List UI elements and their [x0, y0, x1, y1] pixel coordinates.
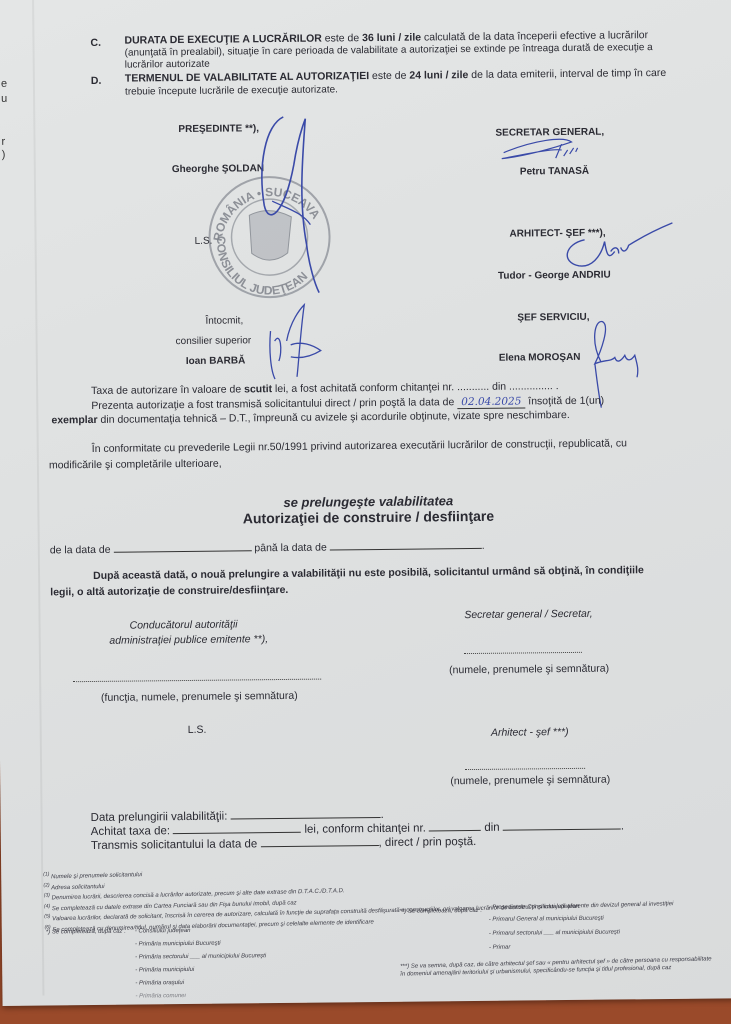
architect-signature-field[interactable] — [465, 762, 585, 770]
text: calculată de la data începerii efective … — [421, 29, 648, 43]
star2-label: **) Se completează, după caz : — [400, 908, 482, 916]
validity-value: 24 — [409, 70, 421, 82]
section-c-heading: DURATA DE EXECUŢIE A LUCRĂRILOR — [124, 33, 321, 47]
star1-item: - Primăria municipiului — [135, 967, 194, 975]
leader-title-line2: administraţiei publice emitente **), — [89, 633, 289, 647]
star1-item: - Primăria municipiului Bucureşti — [135, 941, 221, 949]
to-date-field[interactable] — [330, 538, 482, 551]
sent-label: Transmis solicitantului la data de — [91, 838, 258, 852]
text: lei, a fost achitată conform chitanţei n… — [272, 380, 559, 395]
prepared-label: Întocmit, — [205, 315, 243, 327]
extension-date-field[interactable] — [231, 807, 381, 820]
star1-label: *) Se completează, după caz : — [46, 929, 126, 937]
margin-fragment: ) — [2, 149, 6, 161]
margin-fragment: u — [1, 93, 7, 105]
text: însoţită de 1(un) — [525, 395, 604, 408]
to-label: până la data de — [254, 542, 327, 555]
service-name: Elena MOROŞAN — [499, 352, 581, 365]
text: este de — [369, 70, 409, 82]
text: din documentaţia tehnică – D.T., împreun… — [98, 409, 570, 426]
sent-date-field[interactable] — [260, 835, 378, 847]
text: de la data emiterii, interval de timp în… — [468, 67, 666, 81]
text: Taxa de autorizare în valoare de — [91, 383, 244, 397]
ls-label: L.S. — [195, 236, 213, 248]
validity-unit: luni / zile — [421, 69, 468, 81]
sent-row: Transmis solicitantului la data de , dir… — [91, 834, 477, 853]
secretary-caption: (numele, prenumele şi semnătura) — [439, 662, 619, 676]
president-signature — [243, 105, 325, 296]
architect-caption: (numele, prenumele şi semnătura) — [440, 773, 620, 787]
duration-value: 36 — [362, 32, 374, 44]
extension-note-line1: După această dată, o nouă prelungire a v… — [93, 564, 644, 582]
leader-title-line1: Conducătorul autorităţii — [99, 618, 269, 632]
extension-note-line2: legii, o altă autorizaţie de construire/… — [50, 584, 288, 598]
from-date-field[interactable] — [113, 540, 251, 552]
fee-line: Taxa de autorizare în valoare de scutit … — [91, 380, 559, 397]
text: este de — [322, 32, 362, 44]
architect-signature — [554, 221, 675, 272]
din-label: din — [484, 822, 499, 834]
service-title: ŞEF SERVICIU, — [517, 312, 589, 325]
star1-item: - Primăria oraşului — [135, 980, 184, 988]
margin-fragment: e — [1, 78, 7, 90]
transmission-date: 02.04.2025 — [457, 395, 525, 409]
star1-item: - Consiliului judeţean — [135, 928, 191, 936]
prepared-name: Ioan BARBĂ — [186, 355, 246, 368]
receipt-number-field[interactable] — [429, 820, 481, 832]
exemplar-label: exemplar — [51, 414, 97, 426]
leader-caption: (funcţia, numele, prenumele şi semnătura… — [79, 690, 319, 705]
leader-signature-field[interactable] — [73, 673, 321, 683]
star2-item: - Primarul sectorului ___ al municipiulu… — [489, 929, 620, 938]
star1-item: - Primăria sectorului ___ al municipiulu… — [135, 953, 266, 962]
star1-item: - Primăria comunei — [135, 993, 185, 1001]
secretary-signature — [493, 130, 603, 171]
fee-label: Achitat taxa de: — [91, 825, 170, 838]
text: Adresa solicitantului — [51, 884, 105, 891]
extension-secretary-title: Secretar general / Secretar, — [438, 607, 618, 621]
law-line1: În conformitate cu prevederile Legii nr.… — [92, 437, 627, 455]
section-d-letter: D. — [91, 75, 102, 87]
section-c-line3: lucrărilor autorizate — [125, 59, 210, 72]
fee-value: scutit — [244, 383, 272, 395]
duration-unit: luni / zile — [374, 32, 421, 44]
margin-fragment: r — [1, 136, 5, 148]
document-page: e u r ) C. DURATA DE EXECUŢIE A LUCRĂRIL… — [0, 0, 731, 1006]
prepared-role: consilier superior — [176, 335, 252, 348]
star2-item: - Primar — [489, 945, 510, 953]
from-label: de la data de — [50, 544, 111, 557]
extension-dates: de la data de până la data de . — [50, 538, 485, 557]
section-d-heading: TERMENUL DE VALABILITATE AL AUTORIZAŢIEI — [125, 70, 369, 85]
fee-amount-field[interactable] — [173, 822, 301, 834]
secretary-signature-field[interactable] — [464, 646, 582, 654]
star2-item: - Preşedintele Consiliului judeţean — [489, 904, 580, 912]
text: , direct / prin poştă. — [378, 836, 476, 849]
section-c-letter: C. — [90, 37, 101, 49]
section-d-line2: trebuie începute lucrările de execuţie a… — [125, 84, 338, 98]
receipt-date-field[interactable] — [503, 818, 621, 830]
text: Prezenta autorizaţie a fost transmisă so… — [91, 396, 457, 412]
extension-architect-title: Arhitect - şef ***) — [460, 726, 600, 739]
extension-ls-label: L.S. — [188, 724, 207, 736]
star2-item: - Primarul General al municipiului Bucur… — [489, 916, 604, 925]
law-line2: modificările şi completările ulterioare, — [49, 458, 222, 472]
prepared-signature — [260, 300, 331, 381]
